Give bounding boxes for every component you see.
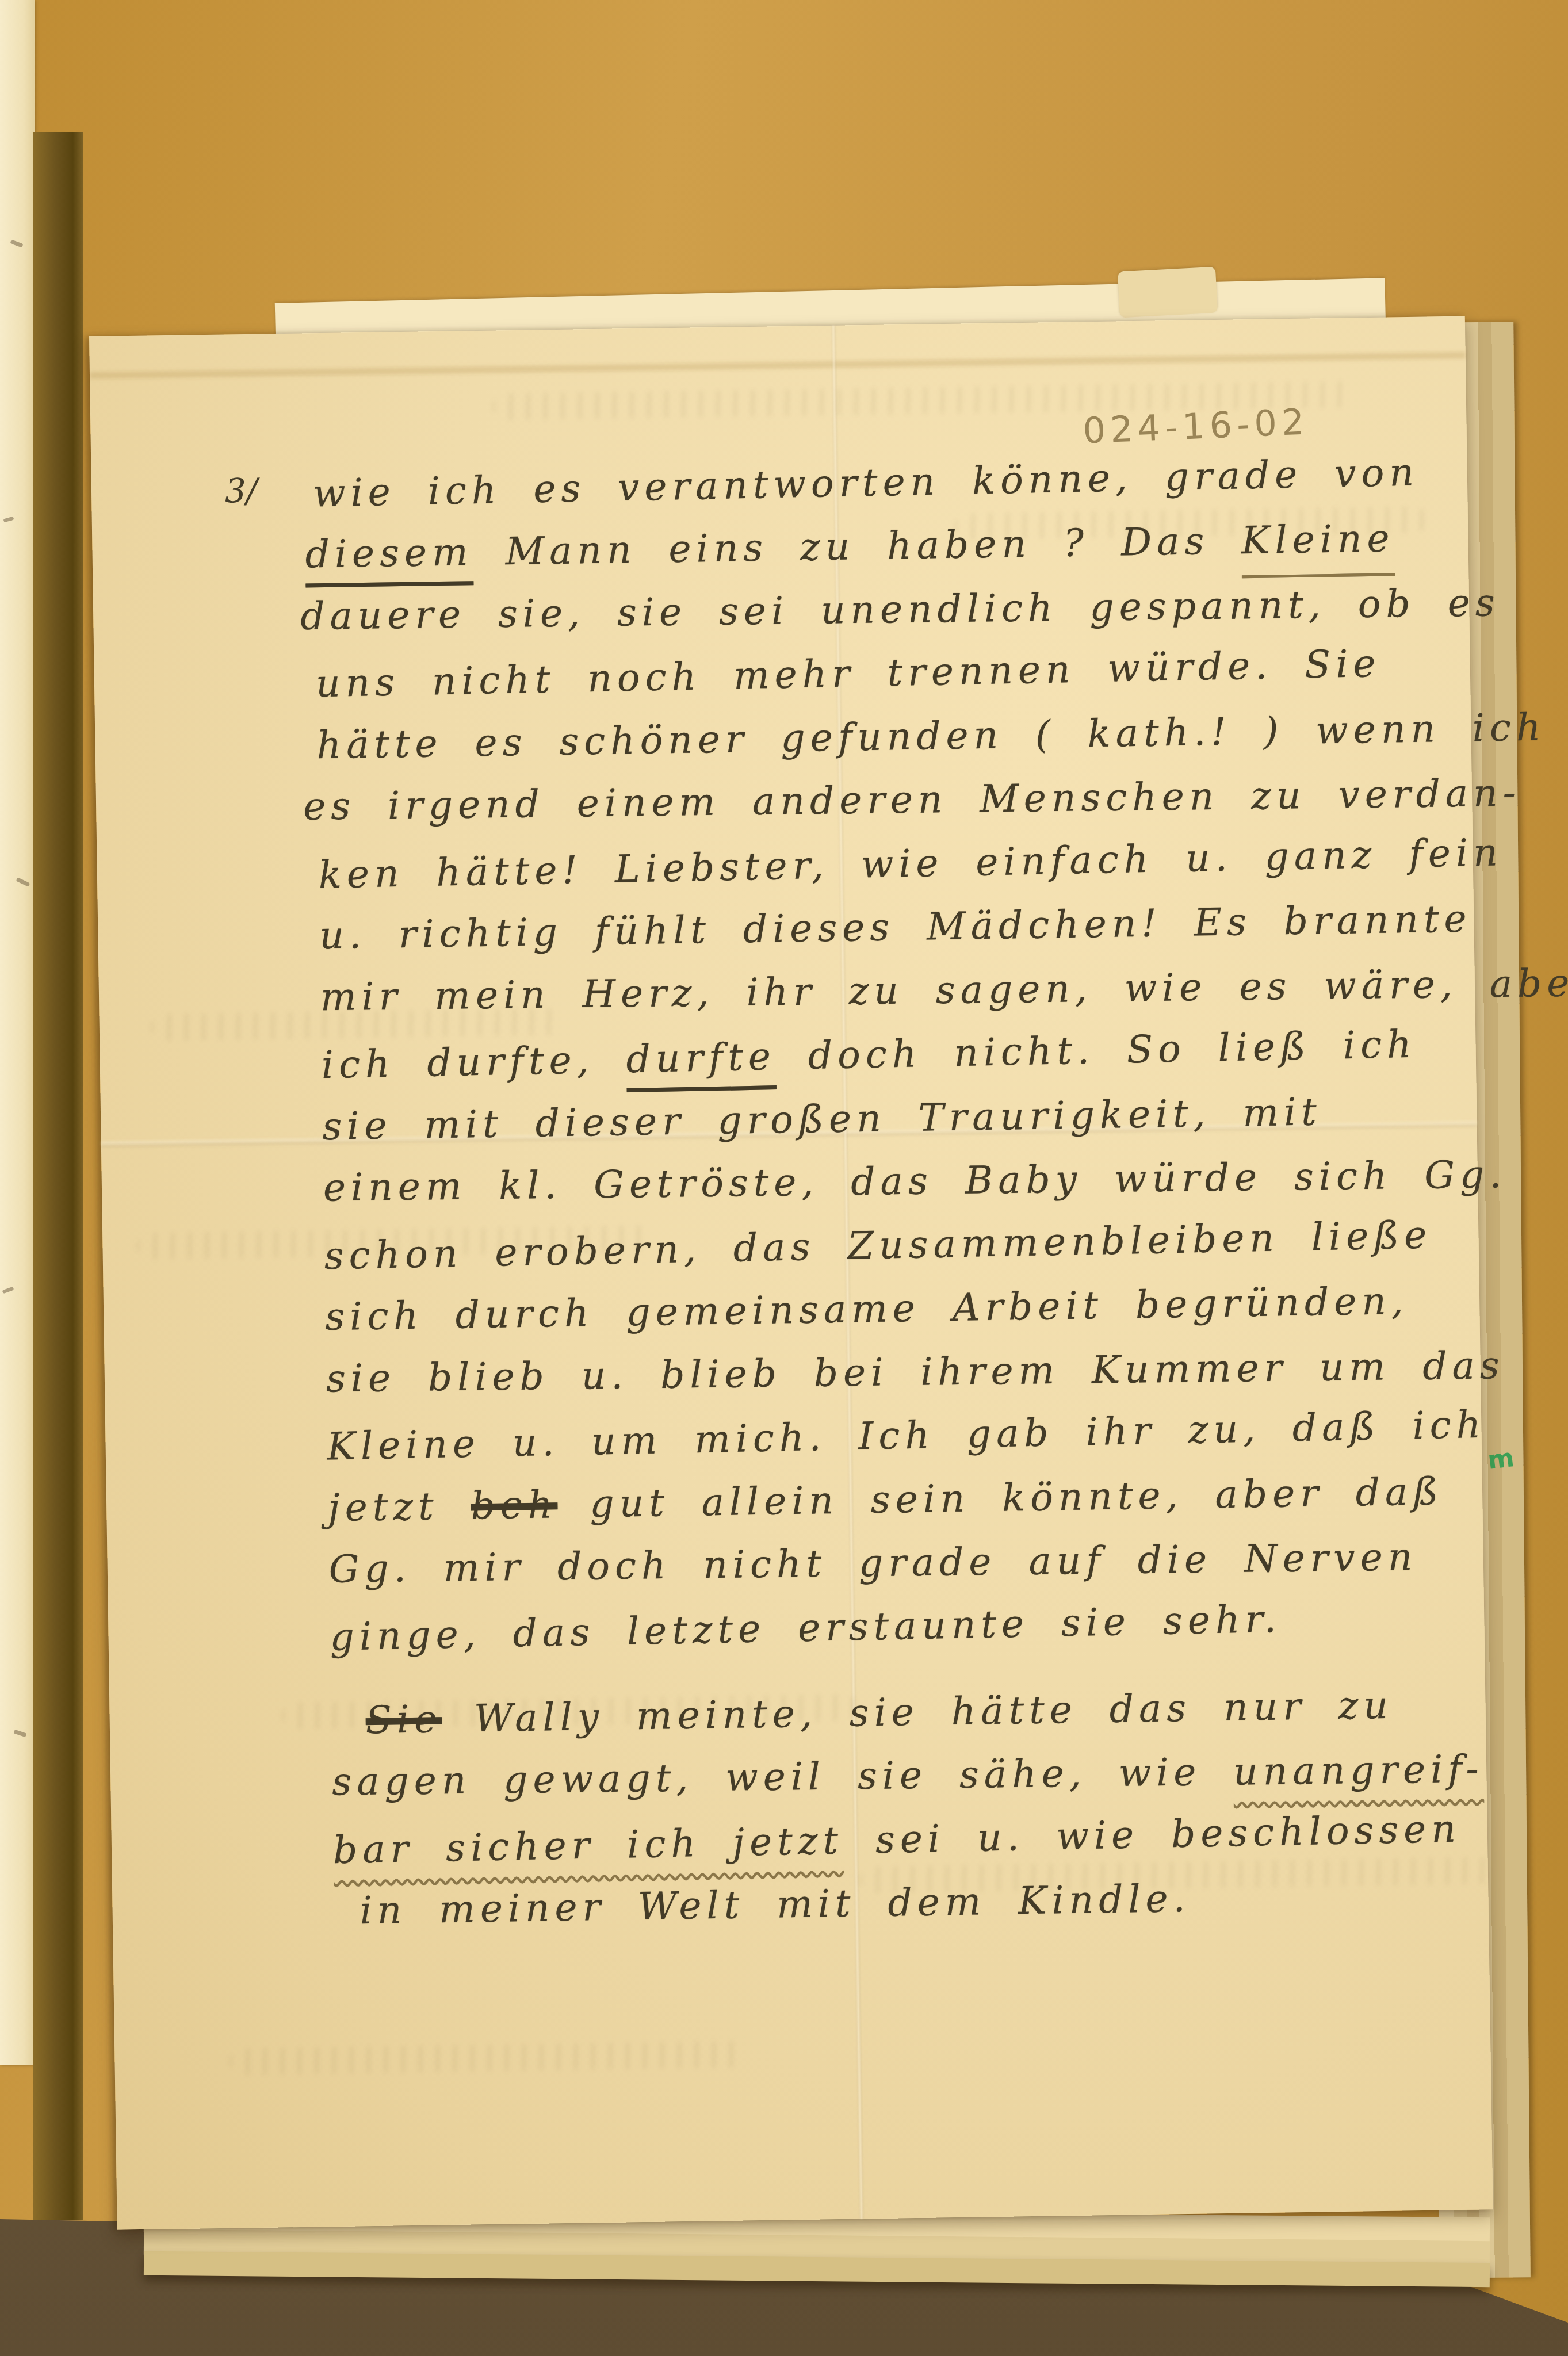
handwritten-line: ginge, das letzte erstaunte sie sehr.: [330, 1600, 1282, 1657]
handwritten-line: sagen gewagt, weil sie sähe, wie unangre…: [332, 1750, 1484, 1802]
struck-word: Sie: [365, 1697, 442, 1742]
text-segment: Kleine u. um mich. Ich gab ihr zu, daß i…: [327, 1402, 1486, 1469]
text-segment: sie blieb u. blieb bei ihrem Kummer um d…: [326, 1343, 1505, 1401]
text-segment: sich durch gemeinsame Arbeit begründen,: [325, 1279, 1409, 1339]
pencil-underlined-word: unangreif-: [1233, 1747, 1484, 1794]
handwritten-line: sich durch gemeinsame Arbeit begründen,: [325, 1282, 1409, 1336]
curled-corner: [1118, 267, 1218, 318]
text-segment: ich durfte,: [321, 1037, 626, 1087]
text-segment: Gg. mir doch nicht grade auf die Nerven: [328, 1535, 1417, 1591]
text-segment: es irgend einem anderen Menschen zu verd…: [303, 771, 1521, 829]
text-segment: mir mein Herz, ihr zu sagen, wie es wäre…: [320, 961, 1568, 1019]
green-edge-mark: m: [1486, 1443, 1513, 1475]
handwritten-line: schon erobern, das Zusammenbleiben ließe: [324, 1216, 1432, 1275]
handwritten-line: Gg. mir doch nicht grade auf die Nerven: [328, 1538, 1417, 1588]
left-page-stack: [0, 0, 35, 2065]
underlined-word: diesem: [305, 530, 473, 576]
handwritten-line: Sie Wally meinte, sie hätte das nur zu: [365, 1686, 1393, 1739]
text-segment: wie ich es verantworten könne, grade von: [312, 450, 1419, 516]
handwritten-line: sie blieb u. blieb bei ihrem Kummer um d…: [326, 1347, 1505, 1398]
handwritten-line: wie ich es verantworten könne, grade von: [312, 454, 1419, 513]
underlined-word: durfte: [626, 1034, 777, 1081]
text-segment: hätte es schöner gefunden ( kath.! ) wen…: [316, 705, 1546, 768]
ink-speck: [3, 517, 14, 522]
handwritten-line: uns nicht noch mehr trennen würde. Sie: [315, 645, 1381, 703]
text-segment: ginge, das letzte erstaunte sie sehr.: [330, 1597, 1282, 1659]
handwritten-line: hätte es schöner gefunden ( kath.! ) wen…: [316, 709, 1546, 765]
pencil-underlined-word: bar sicher ich jetzt: [332, 1818, 843, 1872]
handwritten-line: ich durfte, durfte doch nicht. So ließ i…: [321, 1026, 1417, 1085]
handwritten-line: diesem Mann eins zu haben ? Das Kleine: [305, 519, 1395, 573]
handwritten-line: mir mein Herz, ihr zu sagen, wie es wäre…: [320, 964, 1568, 1016]
stack-gap-shadow: [33, 132, 83, 2220]
text-segment: Mann eins zu haben ? Das: [473, 518, 1242, 574]
ink-speck: [13, 1730, 26, 1737]
text-segment: ken hätte! Liebster, wie einfach u. ganz…: [318, 830, 1503, 897]
struck-word: beh: [471, 1482, 558, 1528]
handwritten-line: dauere sie, sie sei unendlich gespannt, …: [300, 584, 1500, 636]
text-segment: in meiner Welt mit dem Kindle.: [360, 1876, 1191, 1933]
text-segment: uns nicht noch mehr trennen würde. Sie: [315, 641, 1381, 706]
ink-speck: [16, 877, 30, 886]
text-segment: einem kl. Getröste, das Baby würde sich …: [323, 1152, 1507, 1210]
letter-body: wie ich es verantworten könne, grade von…: [89, 316, 1493, 2230]
text-segment: Wally meinte, sie hätte das nur zu: [442, 1683, 1394, 1742]
handwritten-line: es irgend einem anderen Menschen zu verd…: [303, 774, 1521, 826]
handwritten-line: in meiner Welt mit dem Kindle.: [360, 1880, 1191, 1930]
text-segment: schon erobern, das Zusammenbleiben ließe: [324, 1213, 1432, 1278]
text-segment: dauere sie, sie sei unendlich gespannt, …: [300, 580, 1500, 638]
text-segment: sie mit dieser großen Traurigkeit, mit: [322, 1089, 1322, 1149]
handwritten-line: u. richtig fühlt dieses Mädchen! Es bran…: [319, 900, 1472, 955]
handwritten-line: sie mit dieser großen Traurigkeit, mit: [322, 1093, 1322, 1146]
handwritten-line: einem kl. Getröste, das Baby würde sich …: [323, 1156, 1507, 1207]
ink-speck: [10, 239, 23, 247]
letter-page: 024-16-02 3/ wie ich es verantworten kön…: [89, 316, 1493, 2230]
ink-speck: [2, 1287, 14, 1294]
text-segment: doch nicht. So ließ ich: [775, 1022, 1417, 1078]
underlined-word: Kleine: [1241, 516, 1395, 563]
handwritten-line: bar sicher ich jetzt sei u. wie beschlos…: [332, 1810, 1461, 1870]
text-segment: sagen gewagt, weil sie sähe, wie: [332, 1750, 1234, 1804]
handwritten-line: ken hätte! Liebster, wie einfach u. ganz…: [318, 833, 1503, 894]
text-segment: sei u. wie beschlossen: [843, 1807, 1461, 1863]
handwritten-line: jetzt beh gut allein sein könnte, aber d…: [328, 1472, 1444, 1527]
text-segment: jetzt: [328, 1483, 471, 1530]
handwritten-line: Kleine u. um mich. Ich gab ihr zu, daß i…: [327, 1406, 1486, 1466]
text-segment: u. richtig fühlt dieses Mädchen! Es bran…: [319, 896, 1472, 958]
text-segment: gut allein sein könnte, aber daß: [557, 1469, 1444, 1527]
archive-photo-scene: m 17 7 3– 024-16-02 3/ wie ich es verant…: [0, 0, 1568, 2356]
